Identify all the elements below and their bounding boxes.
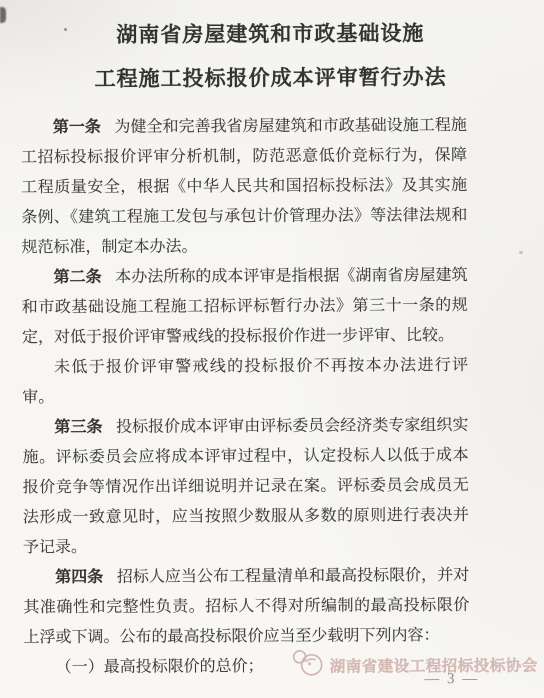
paragraph-text: 为健全和完善我省房屋建筑和市政基础设施工程施工招标投标报价评审分析机制，防范恶意… xyxy=(21,117,467,256)
paragraph: 第二条本办法所称的成本评审是指根据《湖南省房屋建筑和市政基础设施工程施工招标评标… xyxy=(22,261,468,353)
association-logo-icon xyxy=(290,648,326,683)
paragraph: 第一条为健全和完善我省房屋建筑和市政基础设施工程施工招标投标报价评审分析机制，防… xyxy=(21,111,468,263)
paragraph: 未低于报价评审警戒线的投标报价不再按本办法进行评审。 xyxy=(22,351,468,413)
paragraph-text: 投标报价成本评审由评标委员会经济类专家组织实施。评标委员会应将成本评审过程中，认… xyxy=(23,417,469,556)
paragraph-text: （一）最高投标限价的总价； xyxy=(56,658,264,676)
clause-label: 第四条 xyxy=(55,569,103,586)
document-title: 湖南省房屋建筑和市政基础设施 工程施工投标报价成本评审暂行办法 xyxy=(0,11,543,102)
document-body: 第一条为健全和完善我省房屋建筑和市政基础设施工程施工招标投标报价评审分析机制，防… xyxy=(21,111,470,683)
title-line-1: 湖南省房屋建筑和市政基础设施 xyxy=(0,11,542,58)
paragraph: 第四条招标人应当公布工程量清单和最高投标限价，并对其准确性和完整性负责。招标人不… xyxy=(23,561,469,653)
title-line-2: 工程施工投标报价成本评审暂行办法 xyxy=(0,55,543,102)
document-page: 湖南省房屋建筑和市政基础设施 工程施工投标报价成本评审暂行办法 第一条为健全和完… xyxy=(0,0,544,698)
paragraph: 第三条投标报价成本评审由评标委员会经济类专家组织实施。评标委员会应将成本评审过程… xyxy=(22,411,469,563)
clause-label: 第三条 xyxy=(54,419,102,436)
clause-label: 第二条 xyxy=(54,269,102,286)
clause-label: 第一条 xyxy=(53,119,101,136)
page-number: — 3 — xyxy=(410,671,494,688)
scan-area: 湖南省房屋建筑和市政基础设施 工程施工投标报价成本评审暂行办法 第一条为健全和完… xyxy=(0,0,544,698)
paragraph-text: 未低于报价评审警戒线的投标报价不再按本办法进行评审。 xyxy=(22,357,468,406)
